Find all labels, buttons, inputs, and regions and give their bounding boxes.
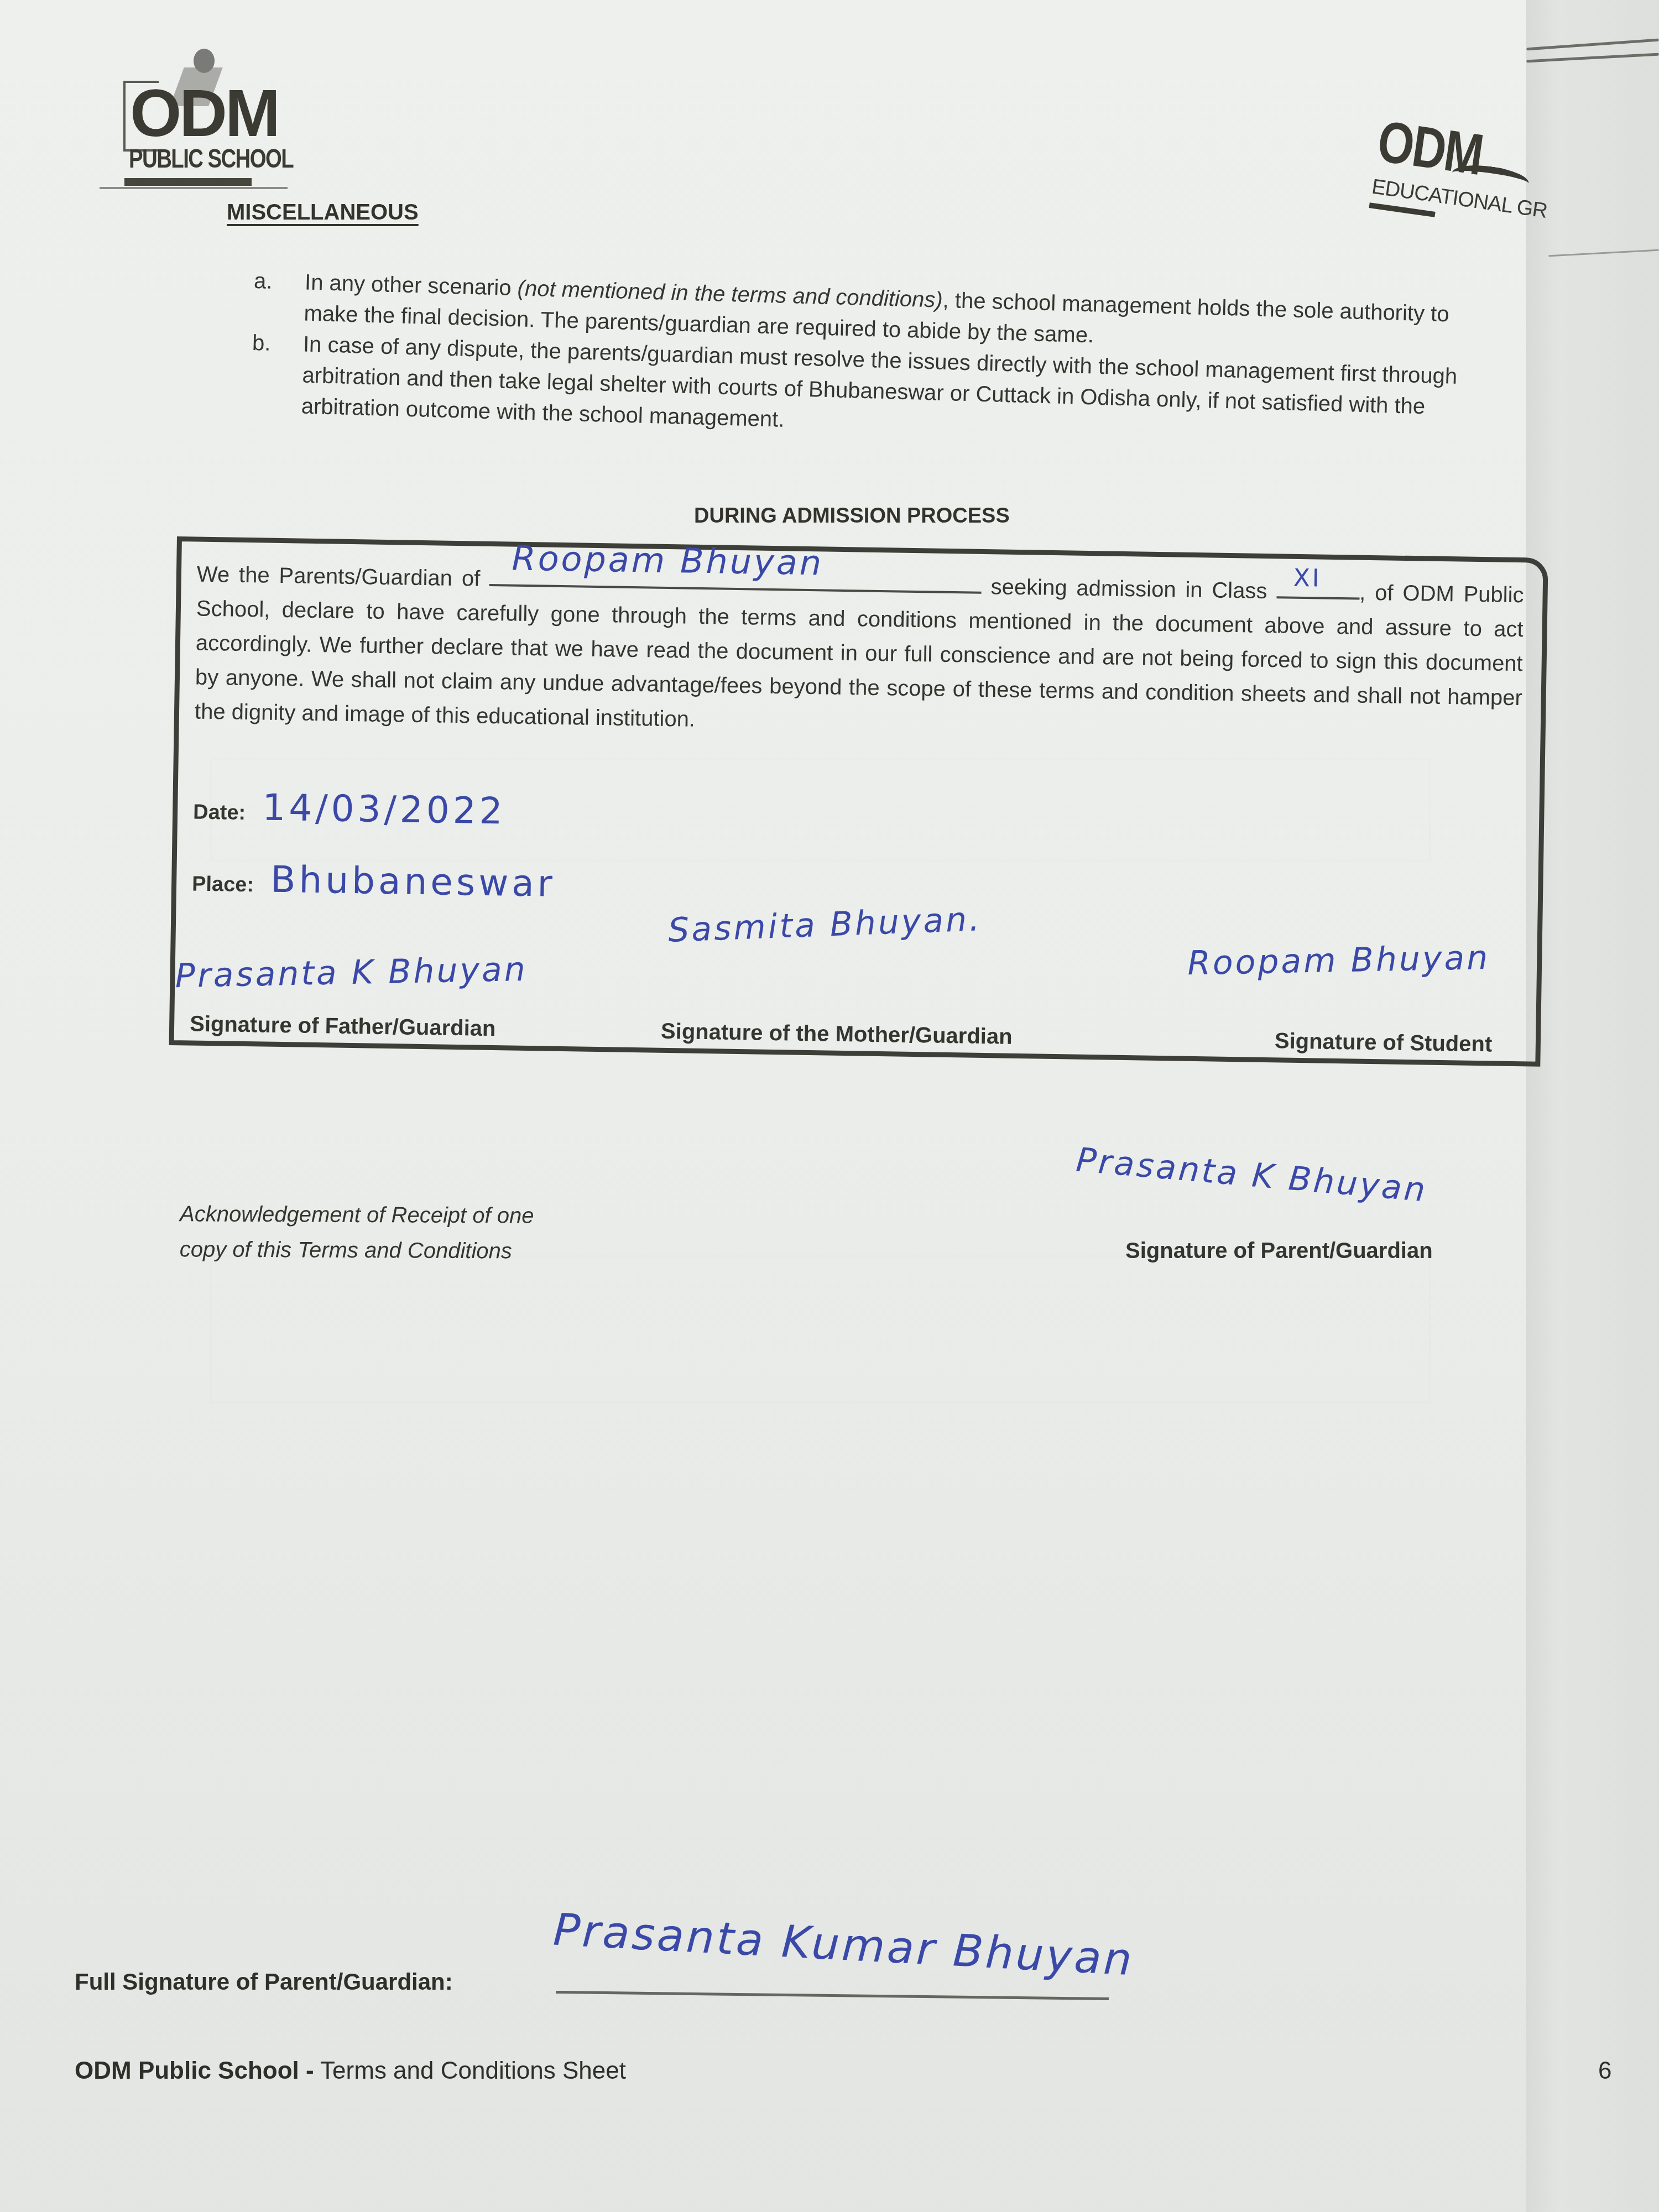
declaration-after-class: , of [1359,581,1394,606]
father-signature-label: Signature of Father/Guardian [190,1011,496,1041]
list-item-italic: (not mentioned in the terms and conditio… [517,276,943,312]
logo-mark: ODM [130,80,278,147]
student-name-field[interactable]: Roopam Bhuyan [489,560,982,594]
parent-signature-handwritten: Prasanta K Bhuyan [1074,1140,1429,1209]
father-signature-handwritten: Prasanta K Bhuyan [175,950,528,995]
student-signature-handwritten: Roopam Bhuyan [1187,938,1490,983]
underlying-rule [1548,249,1659,257]
miscellaneous-heading: MISCELLANEOUS [227,200,419,225]
list-marker: b. [252,327,271,359]
declaration-body: ODM Public School, declare to have caref… [195,581,1524,732]
underlying-rule [1526,39,1659,51]
list-item-text: In any other scenario [305,270,518,301]
place-handwritten: Bhubaneswar [270,858,556,905]
underlying-rule [1526,53,1659,63]
class-field[interactable]: XI [1276,572,1360,599]
miscellaneous-list: a. In any other scenario (not mentioned … [250,265,1493,455]
acknowledgement-line: Acknowledgement of Receipt of one [180,1196,534,1233]
full-signature-field[interactable] [556,1991,1109,2000]
parent-signature-label: Signature of Parent/Guardian [1125,1239,1433,1264]
declaration-intro: We the Parents/Guardian of [197,562,481,591]
place-field[interactable]: Place:Bhubaneswar [192,857,556,905]
date-field[interactable]: Date:14/03/2022 [193,785,507,833]
declaration-mid: seeking admission in Class [990,575,1267,603]
student-signature-label: Signature of Student [1275,1029,1493,1057]
date-label: Date: [193,801,246,825]
full-signature-handwritten: Prasanta Kumar Bhuyan [552,1904,1135,1986]
student-name-handwritten: Roopam Bhuyan [512,541,823,581]
full-signature-label: Full Signature of Parent/Guardian: [75,1969,453,1995]
acknowledgement-text: Acknowledgement of Receipt of one copy o… [180,1196,534,1269]
header-rule [100,187,288,189]
logo-figure-head-icon [194,49,215,73]
page-number: 6 [1598,2057,1611,2085]
odm-public-school-logo: ODM PUBLIC SCHOOL [124,33,268,182]
mother-signature-handwritten: Sasmita Bhuyan. [667,900,982,950]
class-handwritten: XI [1293,561,1322,596]
footer-doc: Terms and Conditions Sheet [314,2057,626,2084]
admission-heading: DURING ADMISSION PROCESS [694,504,1010,528]
acknowledgement-line: copy of this Terms and Conditions [180,1232,534,1269]
date-handwritten: 14/03/2022 [262,786,507,832]
logo-subtitle: PUBLIC SCHOOL [129,144,293,174]
document-page: ODM PUBLIC SCHOOL ODM EDUCATIONAL GR MIS… [0,0,1526,2212]
place-label: Place: [192,873,254,897]
logo-bar [124,178,252,186]
list-marker: a. [253,265,273,297]
mother-signature-label: Signature of the Mother/Guardian [661,1019,1013,1050]
declaration-box: We the Parents/Guardian of Roopam Bhuyan… [169,536,1548,1067]
declaration-text: We the Parents/Guardian of Roopam Bhuyan… [195,555,1525,750]
odm-educational-group-logo: ODM EDUCATIONAL GR [1353,111,1525,264]
underlying-page [1515,0,1659,2212]
footer-title: ODM Public School - Terms and Conditions… [75,2057,626,2085]
footer-school: ODM Public School - [75,2057,314,2084]
